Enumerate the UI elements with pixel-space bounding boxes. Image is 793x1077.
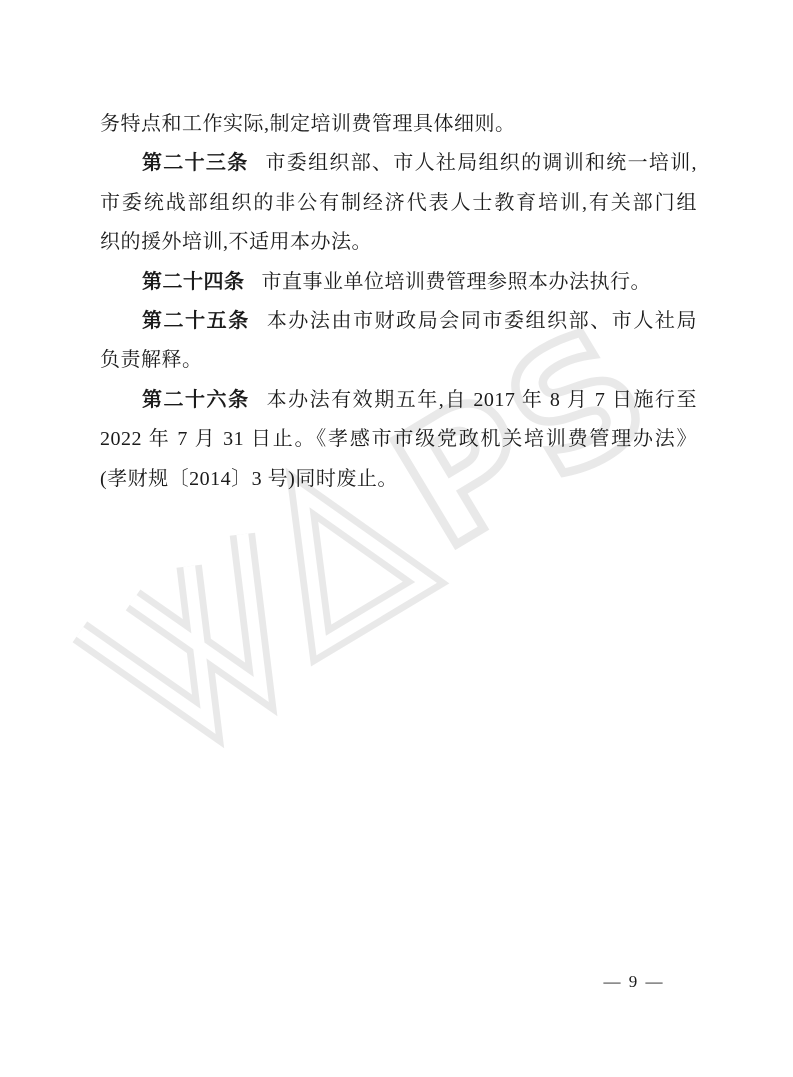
article-number: 第二十六条 (142, 389, 250, 411)
line-text: 市直事业单位培训费管理参照本办法执行。 (262, 271, 652, 293)
document-line: 负责解释。 (100, 341, 697, 380)
page-number: — 9 — (559, 972, 709, 992)
document-line-article-24: 第二十四条市直事业单位培训费管理参照本办法执行。 (100, 263, 697, 302)
line-text: 本办法有效期五年,自 2017 年 8 月 7 日施行至 (267, 389, 697, 411)
wps-w-chevron-2-icon (133, 534, 316, 722)
wps-w-chevron-1-hollow (80, 566, 263, 754)
document-line: 务特点和工作实际,制定培训费管理具体细则。 (100, 105, 697, 144)
line-text: (孝财规〔2014〕3 号)同时废止。 (100, 468, 398, 490)
line-text: 本办法由市财政局会同市委组织部、市人社局 (267, 310, 697, 332)
article-number: 第二十四条 (142, 271, 245, 293)
article-number: 第二十三条 (142, 152, 249, 174)
wps-w-chevron-1-icon (80, 566, 263, 754)
document-line: 2022 年 7 月 31 日止。《孝感市市级党政机关培训费管理办法》 (100, 420, 697, 459)
line-text: 织的援外培训,不适用本办法。 (100, 231, 372, 253)
line-text: 市委组织部、市人社局组织的调训和统一培训, (266, 152, 698, 174)
document-line: 织的援外培训,不适用本办法。 (100, 223, 697, 262)
line-text: 负责解释。 (100, 349, 203, 371)
document-line-article-26: 第二十六条本办法有效期五年,自 2017 年 8 月 7 日施行至 (100, 381, 697, 420)
document-line-article-25: 第二十五条本办法由市财政局会同市委组织部、市人社局 (100, 302, 697, 341)
line-text: 市委统战部组织的非公有制经济代表人士教育培训,有关部门组 (100, 192, 697, 214)
document-line: (孝财规〔2014〕3 号)同时废止。 (100, 460, 697, 499)
article-number: 第二十五条 (142, 310, 250, 332)
line-text: 2022 年 7 月 31 日止。《孝感市市级党政机关培训费管理办法》 (100, 428, 697, 450)
document-page: { "page": { "background": "#ffffff", "te… (0, 0, 793, 1077)
wps-w-chevron-2-hollow (133, 534, 316, 722)
line-text: 务特点和工作实际,制定培训费管理具体细则。 (100, 113, 516, 135)
document-line-article-23: 第二十三条市委组织部、市人社局组织的调训和统一培训, (100, 144, 697, 183)
document-body: 务特点和工作实际,制定培训费管理具体细则。 第二十三条市委组织部、市人社局组织的… (100, 105, 697, 499)
document-line: 市委统战部组织的非公有制经济代表人士教育培训,有关部门组 (100, 184, 697, 223)
